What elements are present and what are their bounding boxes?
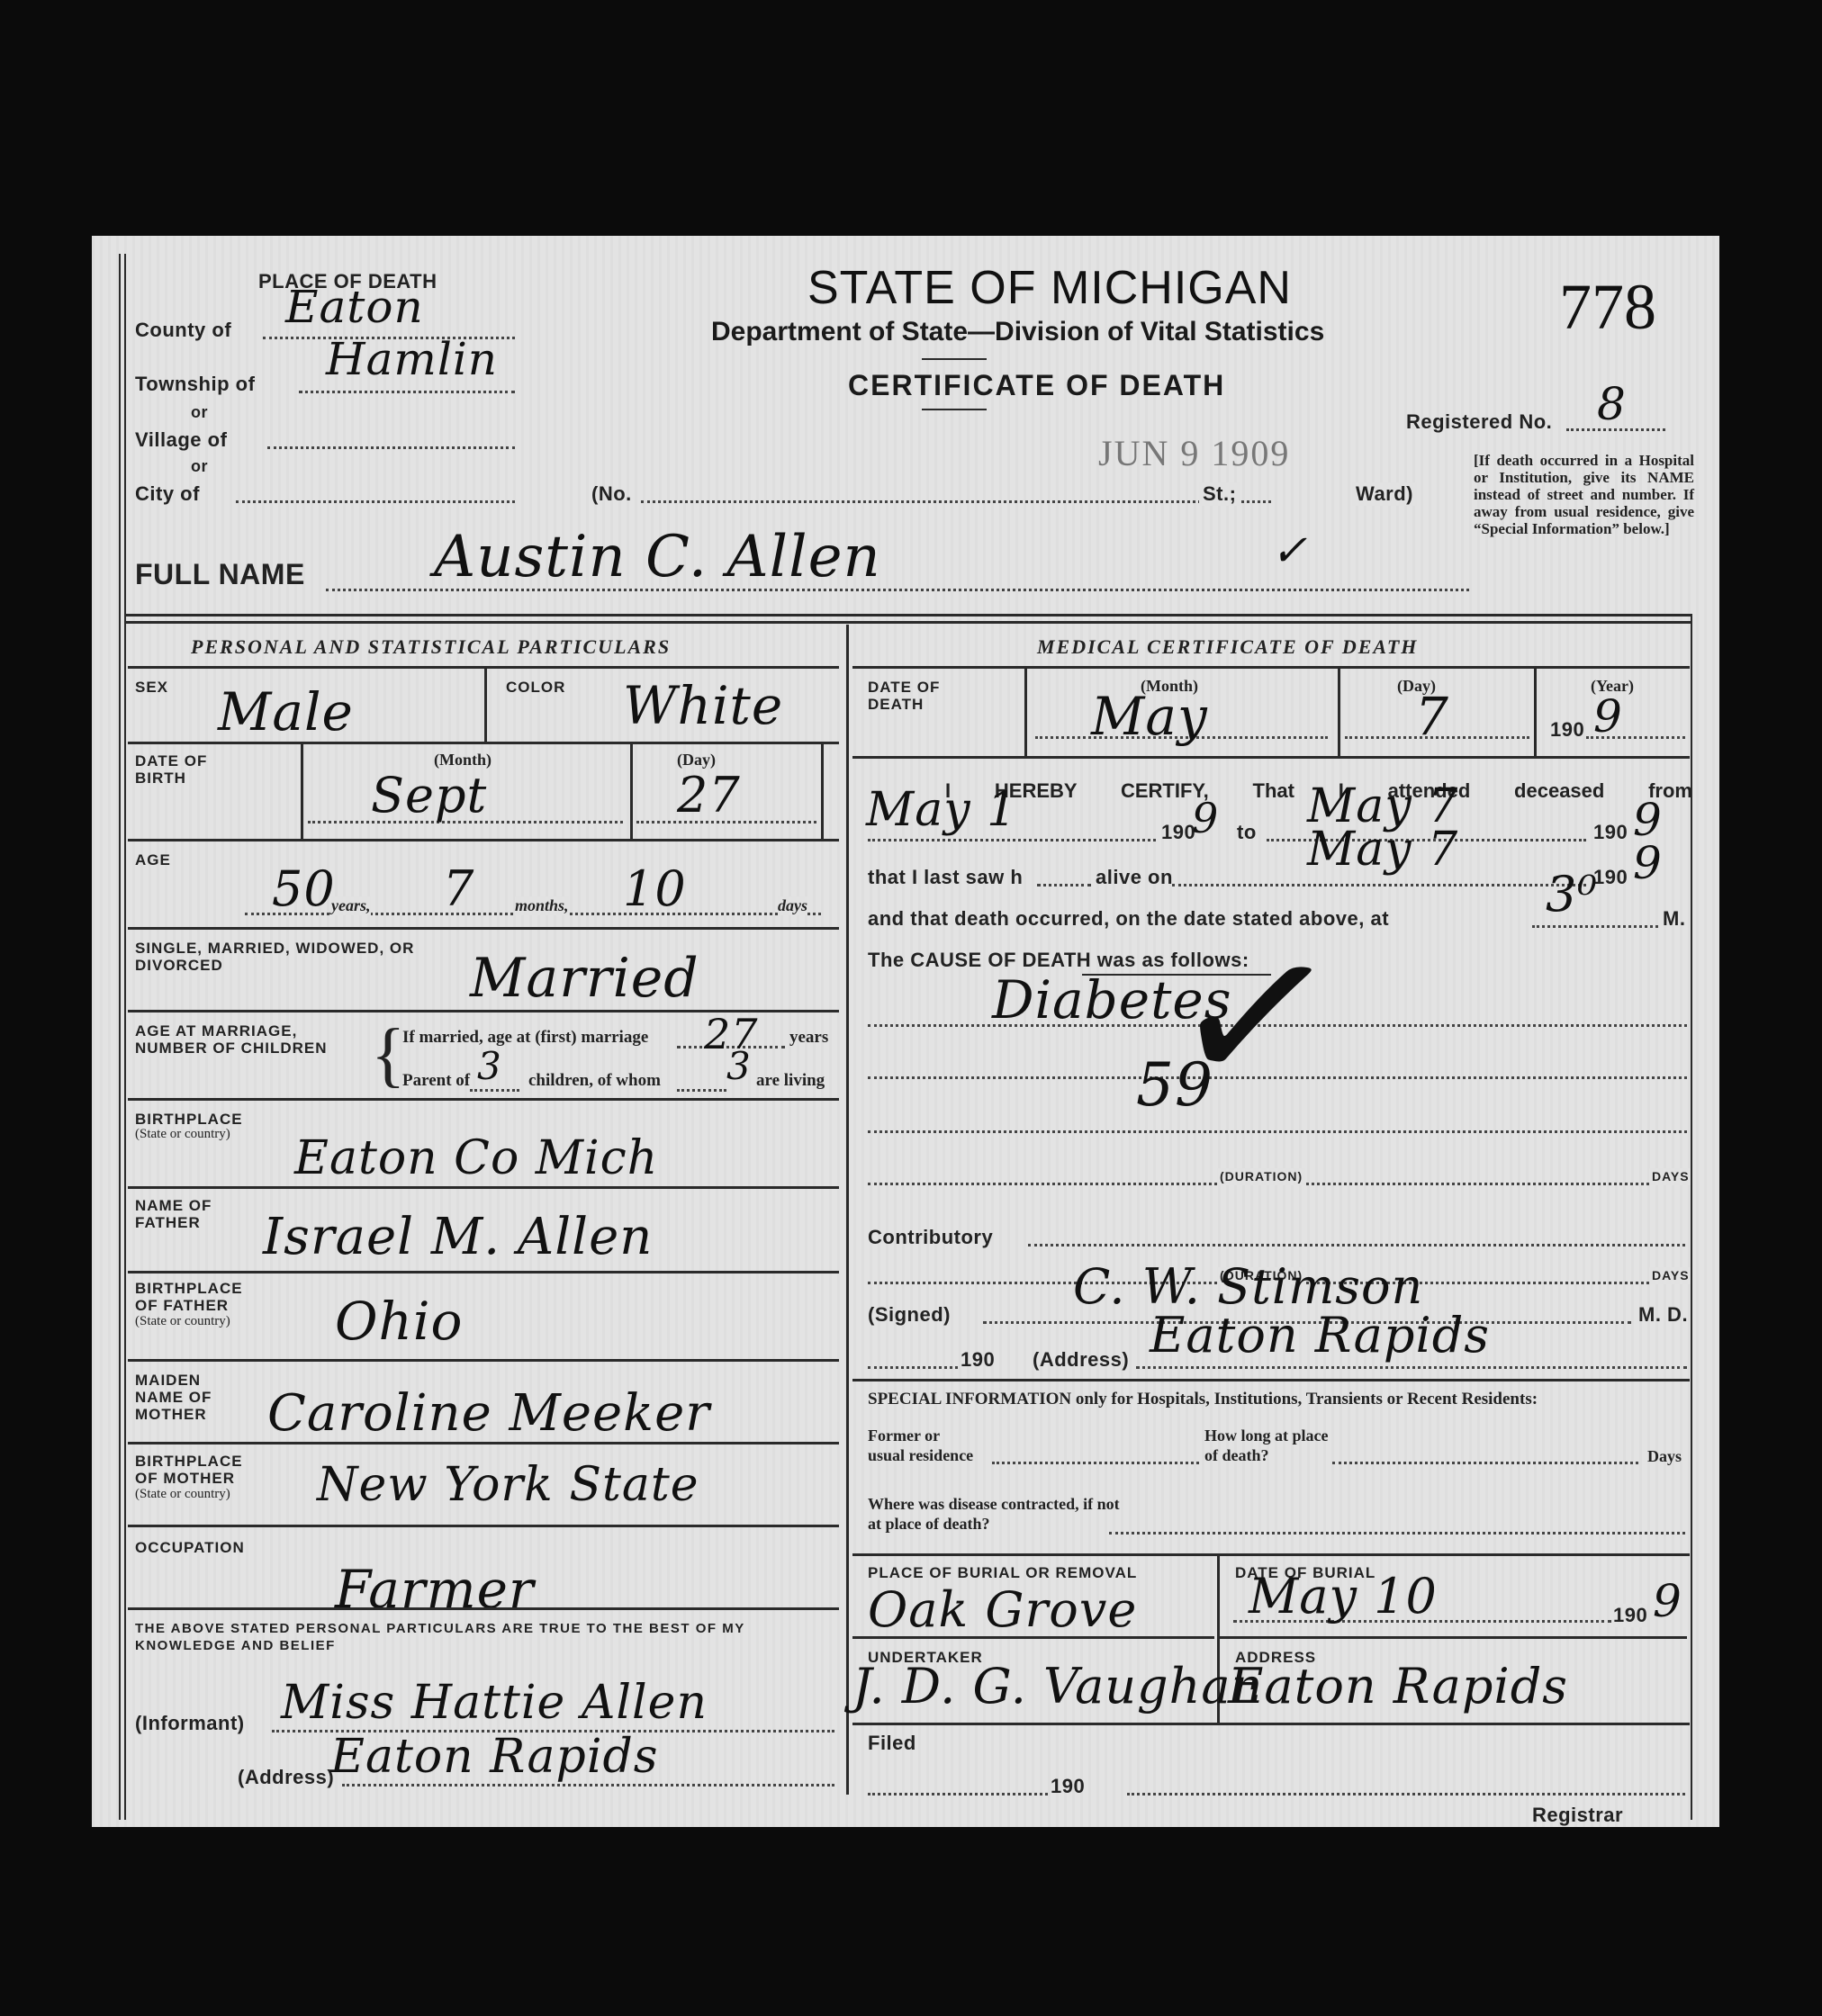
county-label: County of xyxy=(135,319,231,342)
burial-date-value: May 10 xyxy=(1249,1568,1438,1624)
address-value: Eaton Rapids xyxy=(1150,1307,1490,1363)
occupation-value: Farmer xyxy=(335,1559,535,1620)
death-time-line xyxy=(1532,925,1658,928)
personal-rule-11 xyxy=(128,1607,839,1610)
city-line xyxy=(236,500,515,503)
marriage-age-label: If married, age at (first) marriage xyxy=(402,1028,648,1048)
md-label: M. D. xyxy=(1638,1303,1688,1327)
last-saw-h-line xyxy=(1037,884,1091,886)
township-line xyxy=(299,391,515,393)
children-count-line xyxy=(470,1089,519,1092)
dob-month-value: Sept xyxy=(371,767,487,823)
registrar-label: Registrar xyxy=(1532,1804,1623,1827)
personal-rule-9 xyxy=(128,1442,839,1444)
state-title: STATE OF MICHIGAN xyxy=(807,261,1292,315)
title-rule-top xyxy=(922,358,987,360)
address-line xyxy=(1136,1366,1687,1369)
burial-year-prefix: 190 xyxy=(1613,1604,1647,1627)
last-saw-year: 9 xyxy=(1633,837,1663,889)
father-birthplace-sub: (State or country) xyxy=(135,1314,230,1329)
to-label: to xyxy=(1237,821,1257,844)
former-label: Former or usual residence xyxy=(868,1426,976,1465)
sex-value: Male xyxy=(218,681,354,742)
medical-rule-0 xyxy=(852,666,1690,669)
alive-on-label: alive on xyxy=(1096,866,1173,889)
title-rule-bottom xyxy=(922,409,987,410)
ward-label: Ward) xyxy=(1352,482,1417,506)
township-label: Township of xyxy=(135,373,255,396)
duration-label: (DURATION) xyxy=(1217,1168,1305,1185)
marital-label: SINGLE, MARRIED, WIDOWED, OR DIVORCED xyxy=(135,940,459,974)
father-birthplace-label: BIRTHPLACE OF FATHER xyxy=(135,1280,270,1314)
village-line xyxy=(267,446,515,449)
undertaker-rule xyxy=(852,1723,1690,1725)
burial-date-rule xyxy=(1219,1636,1687,1639)
mother-label: MAIDEN NAME OF MOTHER xyxy=(135,1372,252,1423)
sign-date-line xyxy=(868,1366,958,1369)
special-heading: SPECIAL INFORMATION only for Hospitals, … xyxy=(868,1390,1538,1409)
burial-place-rule xyxy=(852,1636,1214,1639)
medical-rule-3 xyxy=(852,1553,1690,1556)
header-divider-1 xyxy=(126,614,1692,616)
age-months-value: 7 xyxy=(443,860,474,917)
medical-rule-1 xyxy=(852,756,1690,759)
received-date-stamp: JUN 9 1909 xyxy=(1098,432,1290,474)
burial-place-value: Oak Grove xyxy=(868,1581,1137,1638)
age-label: AGE xyxy=(135,851,171,868)
how-long-line xyxy=(1332,1462,1638,1464)
burial-place-label: PLACE OF BURIAL OR REMOVAL xyxy=(868,1564,1137,1581)
informant-address-value: Eaton Rapids xyxy=(330,1730,658,1784)
full-name-label: FULL NAME xyxy=(135,558,305,591)
column-divider xyxy=(846,625,849,1795)
dod-year-suffix: 9 xyxy=(1593,690,1623,742)
attended-from-year: 9 xyxy=(1192,794,1219,842)
informant-value: Miss Hattie Allen xyxy=(281,1676,708,1730)
informant-address-line xyxy=(342,1784,834,1786)
age-years-value: 50 xyxy=(272,860,336,917)
burial-address-value: Eaton Rapids xyxy=(1228,1658,1568,1714)
last-saw-value: May 7 xyxy=(1307,823,1458,877)
city-label: City of xyxy=(135,482,200,506)
father-label: NAME OF FATHER xyxy=(135,1197,234,1231)
birthplace-sub: (State or country) xyxy=(135,1127,230,1142)
attest-text: THE ABOVE STATED PERSONAL PARTICULARS AR… xyxy=(135,1620,801,1654)
death-certificate: PLACE OF DEATH County of Eaton Township … xyxy=(92,236,1719,1827)
personal-rule-6 xyxy=(128,1186,839,1189)
contracted-label: Where was disease contracted, if not at … xyxy=(868,1494,1120,1534)
father-value: Israel M. Allen xyxy=(263,1208,653,1266)
dod-month-value: May xyxy=(1091,686,1208,747)
filed-date-line xyxy=(868,1793,1048,1795)
registered-no-value: 8 xyxy=(1597,378,1627,430)
or-label-2: or xyxy=(191,457,208,476)
mother-value: Caroline Meeker xyxy=(267,1384,710,1443)
mother-birthplace-value: New York State xyxy=(317,1458,699,1512)
marriage-brace: { xyxy=(371,1019,405,1091)
registered-no-label: Registered No. xyxy=(1406,410,1552,434)
age-years-label: years, xyxy=(331,896,371,915)
marriage-age-unit: years xyxy=(789,1028,828,1048)
full-name-checkmark: ✓ xyxy=(1271,526,1308,576)
parent-of-label: Parent of xyxy=(402,1071,470,1091)
m-label: M. xyxy=(1663,907,1685,931)
left-margin-rule-inner xyxy=(124,254,126,1820)
st-label: St.; xyxy=(1199,482,1240,506)
filed-label: Filed xyxy=(868,1732,916,1755)
informant-label: (Informant) xyxy=(135,1712,245,1735)
attended-from-year-prefix: 190 xyxy=(1161,821,1195,844)
left-margin-rule xyxy=(119,254,121,1820)
children-living-value: 3 xyxy=(726,1044,752,1088)
header-divider-2 xyxy=(126,621,1692,624)
children-count-value: 3 xyxy=(477,1044,502,1088)
mother-birthplace-label: BIRTHPLACE OF MOTHER xyxy=(135,1453,270,1487)
contributory-days-label: DAYS xyxy=(1649,1267,1692,1284)
department-title: Department of State—Division of Vital St… xyxy=(711,317,1324,347)
burial-year-suffix: 9 xyxy=(1653,1575,1682,1627)
right-margin-rule xyxy=(1691,614,1692,1820)
dob-divider-3 xyxy=(821,742,824,839)
registrar-line xyxy=(1127,1793,1685,1795)
last-saw-label: that I last saw h xyxy=(868,866,1023,889)
duration-days-label: DAYS xyxy=(1649,1168,1692,1185)
street-no-label: (No. xyxy=(591,482,632,506)
village-label: Village of xyxy=(135,428,227,452)
death-time-value: 3⁰ xyxy=(1546,866,1598,922)
occupation-label: OCCUPATION xyxy=(135,1539,245,1556)
father-birthplace-value: Ohio xyxy=(335,1291,463,1352)
color-value: White xyxy=(623,675,783,736)
birthplace-label: BIRTHPLACE xyxy=(135,1111,243,1128)
marital-value: Married xyxy=(470,947,699,1010)
attended-to-year-prefix: 190 xyxy=(1593,821,1628,844)
undertaker-value: J. D. G. Vaughan xyxy=(852,1658,1263,1714)
township-value: Hamlin xyxy=(326,333,498,385)
full-name-value: Austin C. Allen xyxy=(434,524,881,590)
contracted-line xyxy=(1109,1532,1685,1534)
personal-rule-0 xyxy=(128,666,839,669)
former-line xyxy=(992,1462,1199,1464)
contributory-label: Contributory xyxy=(868,1226,993,1249)
dod-divider-1 xyxy=(1024,666,1027,756)
personal-rule-10 xyxy=(128,1525,839,1527)
personal-heading: PERSONAL AND STATISTICAL PARTICULARS xyxy=(191,635,671,659)
dod-label: DATE OF DEATH xyxy=(868,679,967,713)
personal-rule-5 xyxy=(128,1098,839,1101)
personal-rule-2 xyxy=(128,839,839,841)
dod-day-value: 7 xyxy=(1415,686,1449,747)
age-days-label: days xyxy=(778,896,807,915)
personal-rule-1 xyxy=(128,742,839,744)
last-saw-line xyxy=(1172,884,1586,886)
living-label: are living xyxy=(756,1071,825,1091)
birthplace-value: Eaton Co Mich xyxy=(294,1131,658,1185)
children-mid-label: children, of whom xyxy=(528,1071,661,1091)
dod-divider-2 xyxy=(1338,666,1340,756)
dod-divider-3 xyxy=(1534,666,1537,756)
sign-year-label: 190 xyxy=(961,1348,995,1372)
sex-label: SEX xyxy=(135,679,168,696)
personal-rule-7 xyxy=(128,1271,839,1273)
personal-rule-3 xyxy=(128,927,839,930)
dob-divider-1 xyxy=(301,742,303,839)
last-saw-year-prefix: 190 xyxy=(1593,866,1628,889)
dob-day-value: 27 xyxy=(677,767,741,823)
dod-year-prefix: 190 xyxy=(1550,718,1584,742)
marriage-label: AGE AT MARRIAGE, NUMBER OF CHILDREN xyxy=(135,1022,351,1057)
certificate-number: 778 xyxy=(1559,270,1656,345)
hospital-note: [If death occurred in a Hospital or Inst… xyxy=(1474,452,1694,537)
county-value: Eaton xyxy=(285,281,424,333)
medical-rule-2 xyxy=(852,1379,1690,1381)
age-days-value: 10 xyxy=(623,860,687,917)
informant-address-label: (Address) xyxy=(238,1766,334,1789)
street-no-line xyxy=(641,500,1271,503)
children-living-line xyxy=(677,1089,726,1092)
or-label-1: or xyxy=(191,403,208,422)
how-long-days-label: Days xyxy=(1647,1447,1682,1466)
dob-label: DATE OF BIRTH xyxy=(135,752,234,787)
address-label: (Address) xyxy=(1033,1348,1129,1372)
signed-label: (Signed) xyxy=(868,1303,951,1327)
attended-from-value: May 1 xyxy=(866,783,1017,837)
contributory-line xyxy=(1028,1244,1685,1246)
review-checkmark: ✓ xyxy=(1157,891,1353,1142)
mother-birthplace-sub: (State or country) xyxy=(135,1487,230,1502)
how-long-label: How long at place of death? xyxy=(1204,1426,1330,1465)
age-months-label: months, xyxy=(515,896,569,915)
medical-heading: MEDICAL CERTIFICATE OF DEATH xyxy=(1037,635,1418,659)
dob-divider-2 xyxy=(630,742,633,839)
certificate-title: CERTIFICATE OF DEATH xyxy=(848,369,1225,402)
color-label: COLOR xyxy=(506,679,565,696)
sex-color-divider xyxy=(484,666,487,742)
filed-year-label: 190 xyxy=(1051,1775,1085,1798)
attended-from-line xyxy=(868,839,1156,841)
personal-rule-8 xyxy=(128,1359,839,1362)
